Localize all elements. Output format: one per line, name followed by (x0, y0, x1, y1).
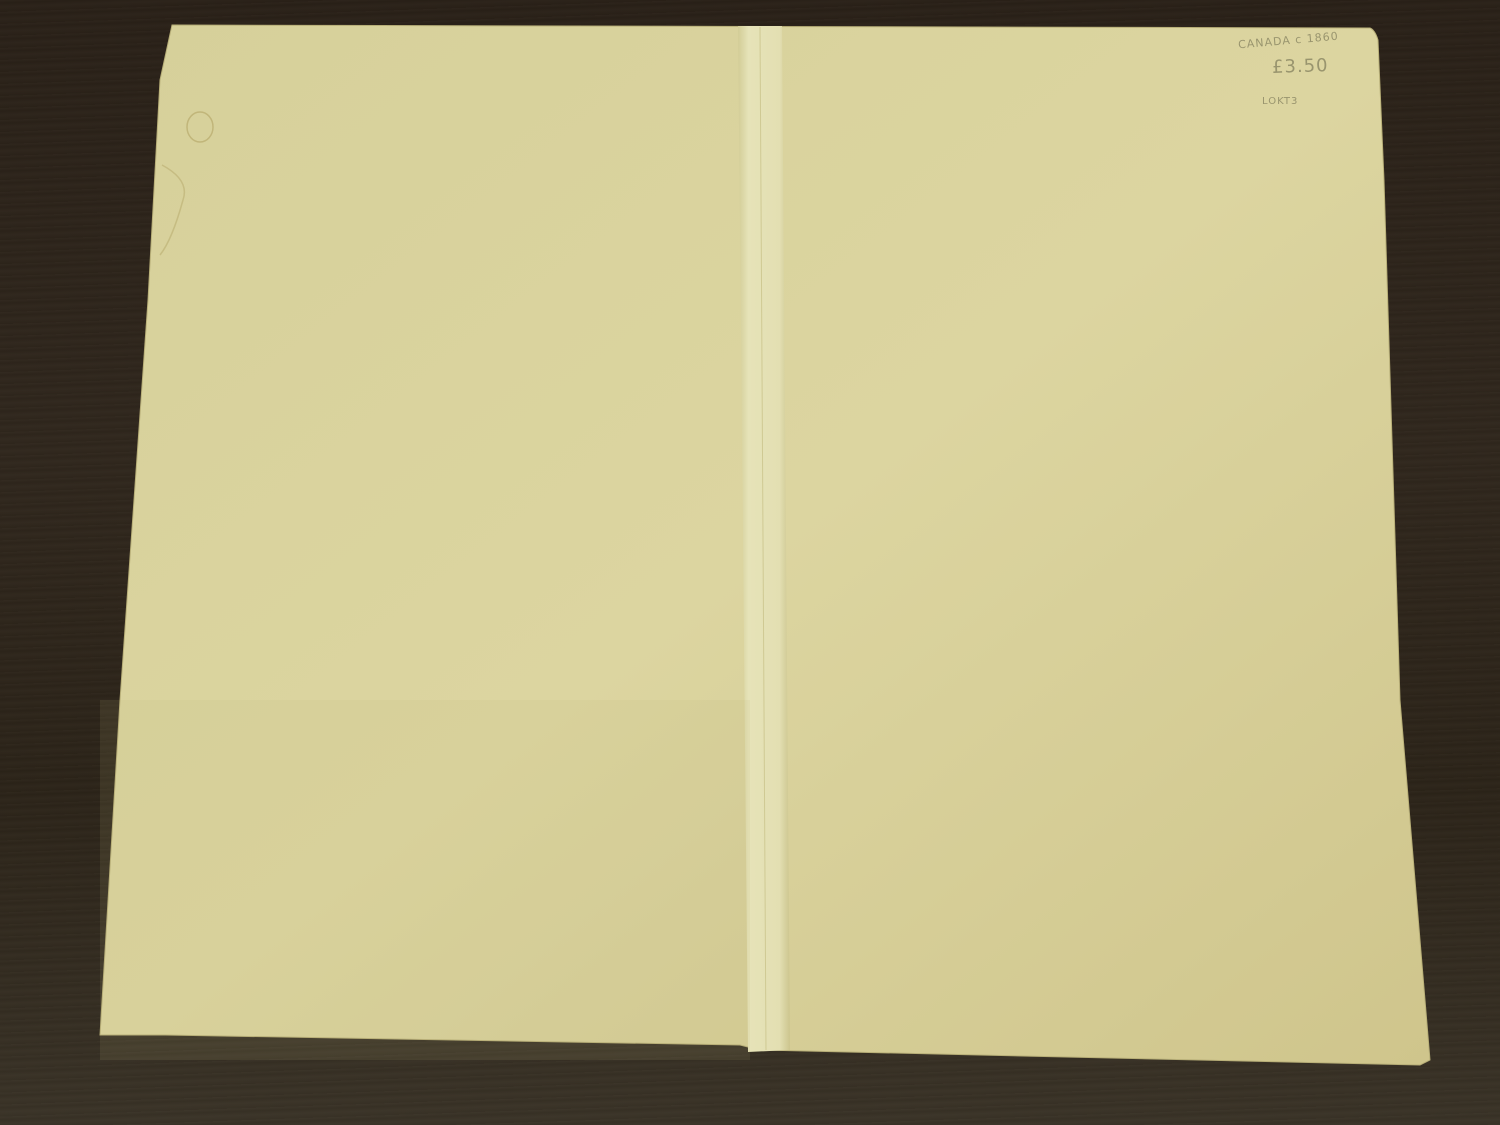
pencil-note-price: £3.50 (1272, 55, 1329, 78)
paper-shape (0, 0, 1500, 1125)
pencil-note-code: LOKT3 (1262, 96, 1298, 107)
paper-sheet: CANADA c 1860 £3.50 LOKT3 (0, 0, 1500, 1125)
